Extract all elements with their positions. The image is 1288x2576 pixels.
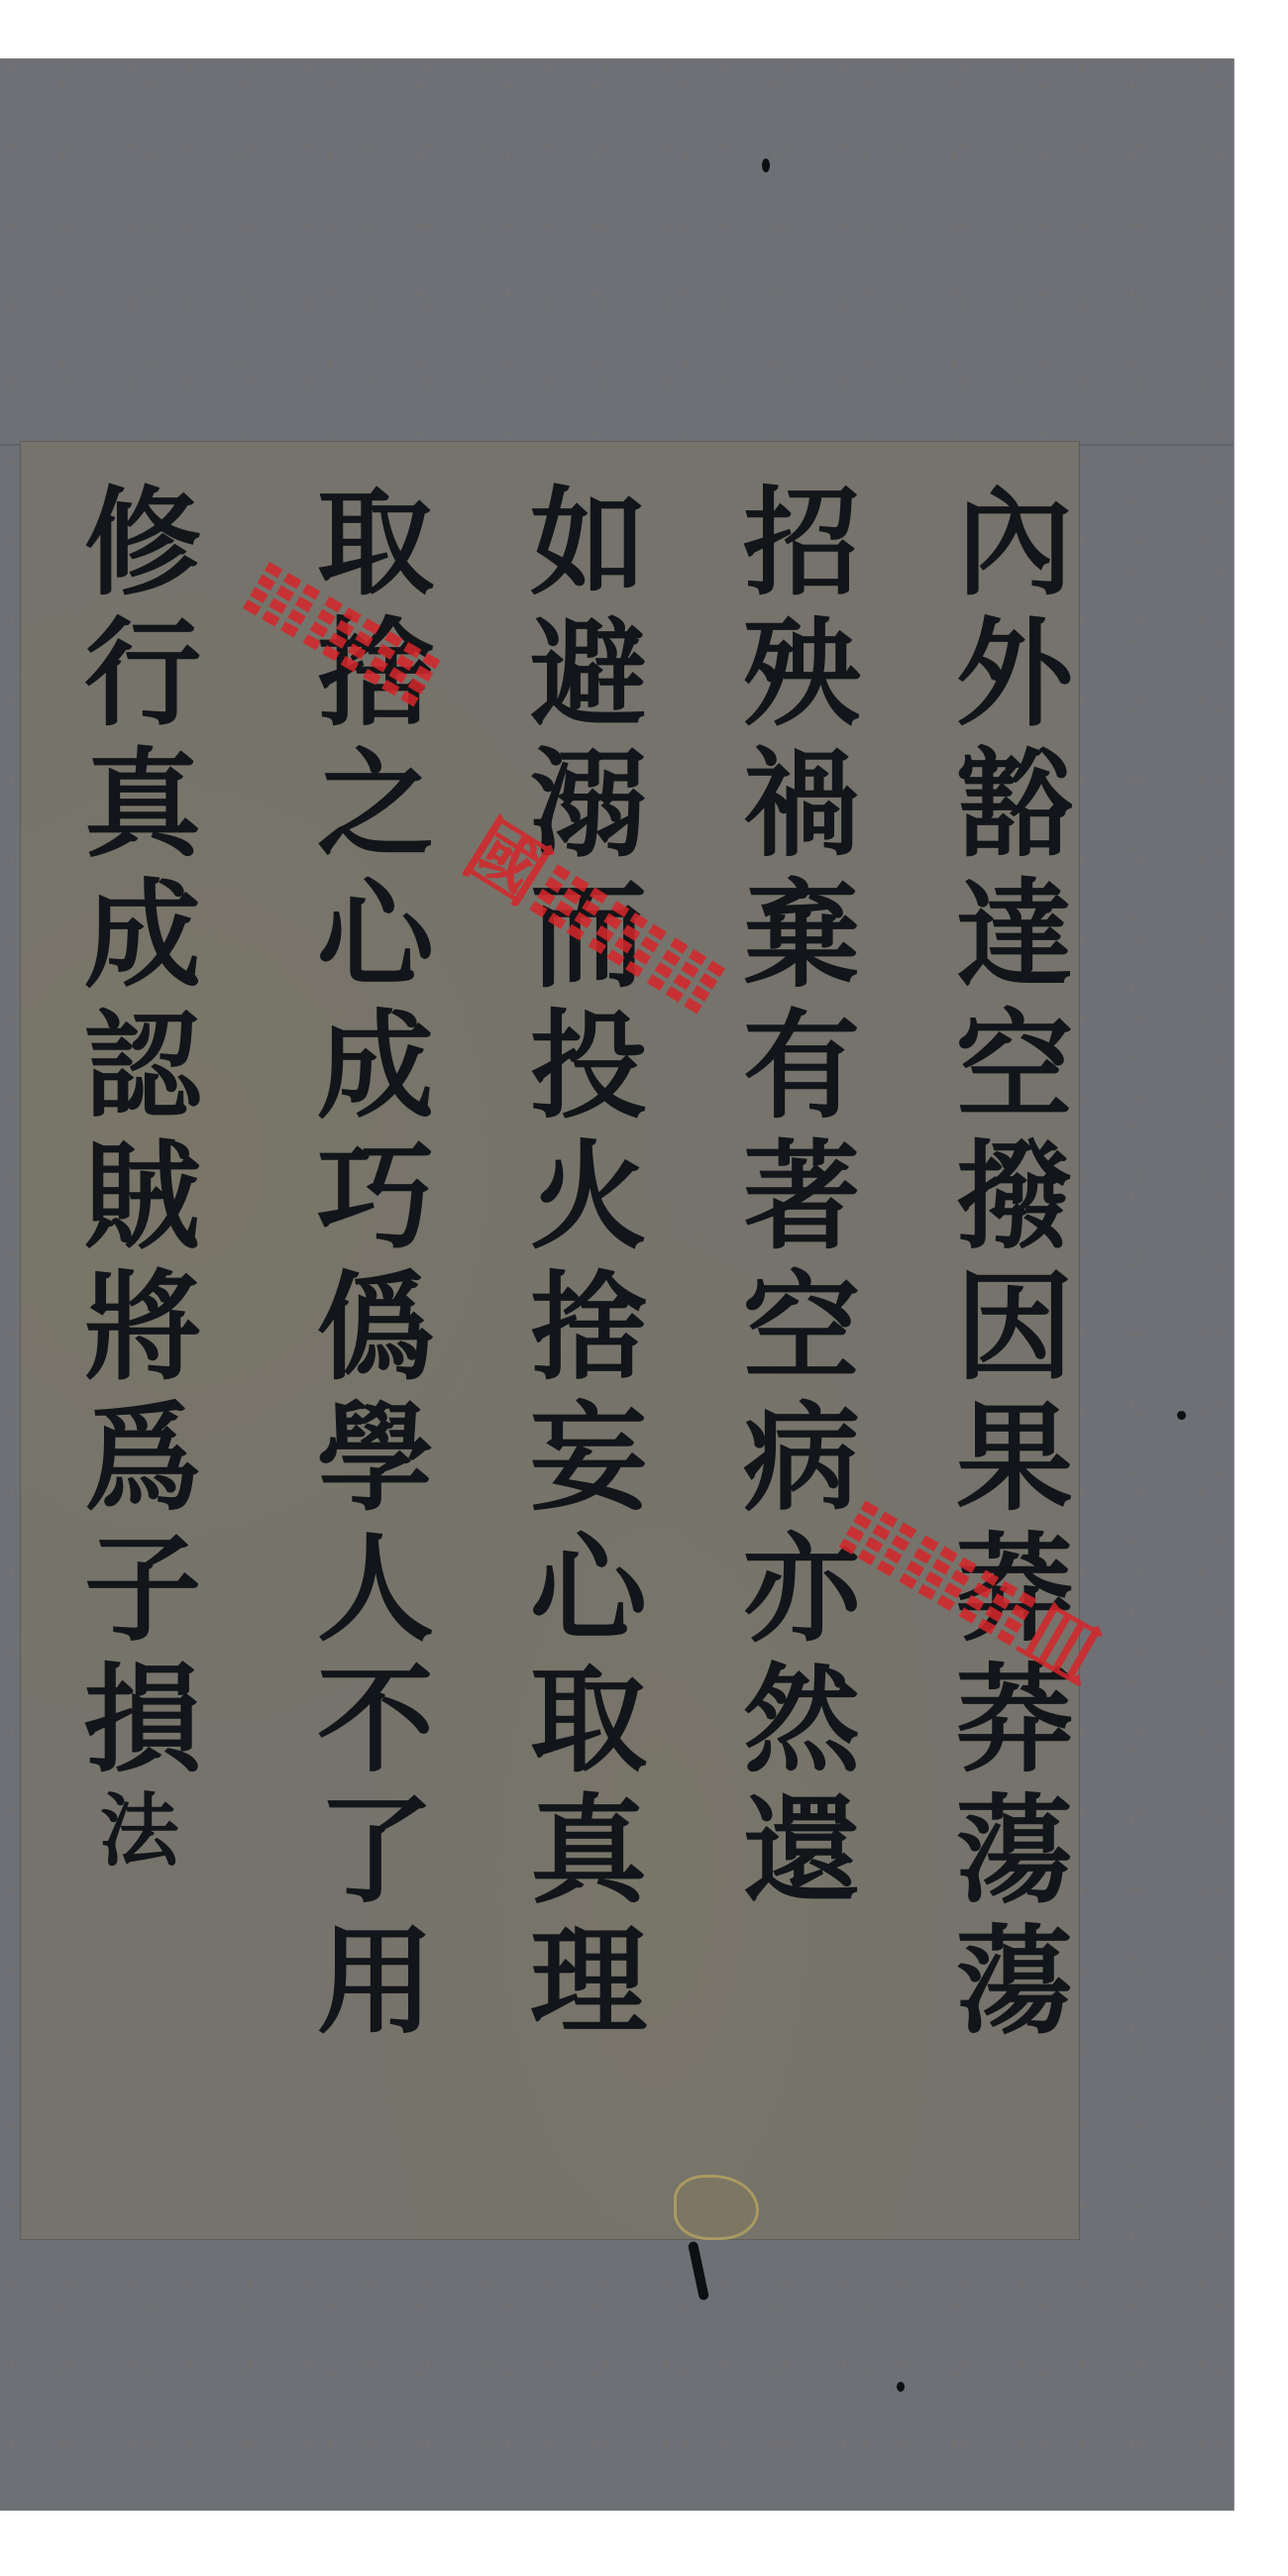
text-column-2: 招殃禍棄有著空病亦然還: [733, 481, 850, 1919]
calligraphy-paper: 內外豁達空撥因果莽莽蕩蕩 招殃禍棄有著空病亦然還 如避溺而投火捨妄心取真理 取捨…: [20, 441, 1080, 2240]
ink-speck: [1177, 1411, 1186, 1420]
text-column-5: 修行真成認賊將爲子損法: [74, 481, 191, 1881]
ink-speck: [762, 159, 770, 172]
text-column-5-small: 法: [86, 1788, 179, 1881]
text-column-3: 如避溺而投火捨妄心取真理: [520, 481, 637, 2050]
ink-speck: [897, 2382, 905, 2392]
text-column-1: 內外豁達空撥因果莽莽蕩蕩: [946, 481, 1063, 2050]
text-column-5-main: 修行真成認賊將爲子損: [64, 481, 202, 1788]
